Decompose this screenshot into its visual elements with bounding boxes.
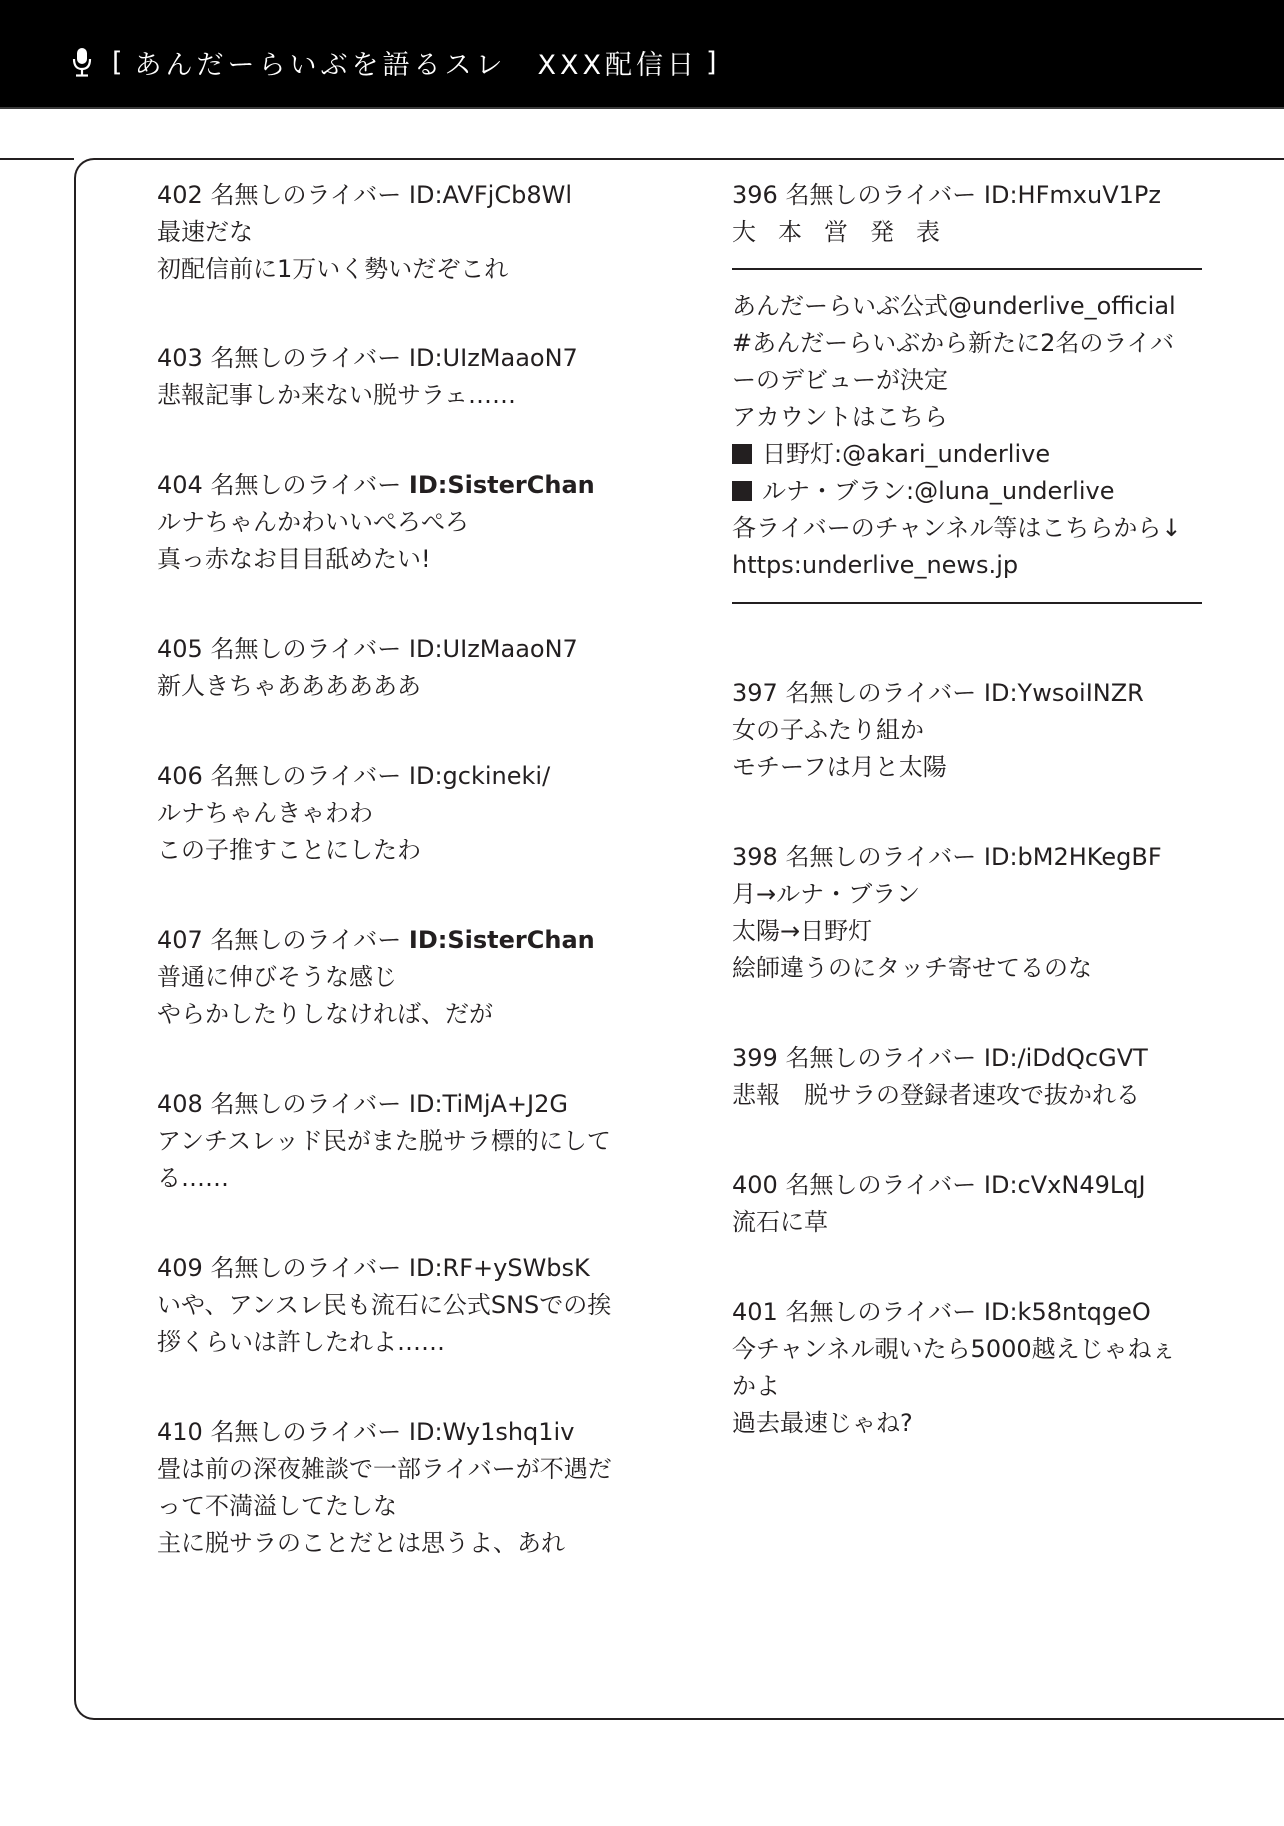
post-header: 403 名無しのライバー ID:UIzMaaoN7 xyxy=(157,340,578,377)
post-header: 405 名無しのライバー ID:UIzMaaoN7 xyxy=(157,631,578,668)
poster-id-highlighted: ID:SisterChan xyxy=(409,926,595,954)
post-body-line: 今チャンネル覗いたら5000越えじゃねぇ xyxy=(732,1331,1176,1368)
quote-line: #あんだーらいぶから新たに2名のライバ xyxy=(732,325,1181,362)
post-header: 402 名無しのライバー ID:AVFjCb8Wl xyxy=(157,177,572,214)
post-407: 407 名無しのライバー ID:SisterChan 普通に伸びそうな感じ やら… xyxy=(157,922,595,1033)
post-body-line: 悲報記事しか来ない脱サラェ…… xyxy=(157,377,578,414)
quote-line: あんだーらいぶ公式@underlive_official xyxy=(732,288,1181,325)
post-402: 402 名無しのライバー ID:AVFjCb8Wl 最速だな 初配信前に1万いく… xyxy=(157,177,572,288)
post-header: 399 名無しのライバー ID:/iDdQcGVT xyxy=(732,1040,1148,1077)
poster-id: ID:cVxN49LqJ xyxy=(984,1171,1146,1199)
post-body-line: って不満溢してたしな xyxy=(157,1488,612,1525)
post-body-line: 絵師違うのにタッチ寄せてるのな xyxy=(732,950,1162,987)
post-body-line: 主に脱サラのことだとは思うよ、あれ xyxy=(157,1525,612,1562)
quote-line: 各ライバーのチャンネル等はこちらから↓ xyxy=(732,510,1181,547)
square-bullet-icon xyxy=(732,481,752,501)
post-body-line: 新人きちゃああああああ xyxy=(157,668,578,705)
post-body-line: かよ xyxy=(732,1368,1176,1405)
post-body-line: 畳は前の深夜雑談で一部ライバーが不遇だ xyxy=(157,1451,612,1488)
post-body-line: やらかしたりしなければ、だが xyxy=(157,996,595,1033)
post-408: 408 名無しのライバー ID:TiMjA+J2G アンチスレッド民がまた脱サラ… xyxy=(157,1086,611,1197)
quote-line: ーのデビューが決定 xyxy=(732,362,1181,399)
post-body-line: 拶くらいは許したれよ…… xyxy=(157,1324,611,1361)
post-header: 397 名無しのライバー ID:YwsoiINZR xyxy=(732,675,1144,712)
post-header: 396 名無しのライバー ID:HFmxuV1Pz xyxy=(732,177,1161,214)
post-body-line: アンチスレッド民がまた脱サラ標的にして xyxy=(157,1123,611,1160)
poster-id: ID:RF+ySWbsK xyxy=(409,1254,590,1282)
post-body-line: 月→ルナ・ブラン xyxy=(732,876,1162,913)
post-401: 401 名無しのライバー ID:k58ntqgeO 今チャンネル覗いたら5000… xyxy=(732,1294,1176,1442)
poster-id: ID:AVFjCb8Wl xyxy=(409,181,572,209)
post-body-line: 流石に草 xyxy=(732,1204,1146,1241)
quote-divider-top xyxy=(732,268,1202,270)
post-409: 409 名無しのライバー ID:RF+ySWbsK いや、アンスレ民も流石に公式… xyxy=(157,1250,611,1361)
poster-id: ID:HFmxuV1Pz xyxy=(984,181,1161,209)
poster-id: ID:UIzMaaoN7 xyxy=(409,344,578,372)
post-body-line: この子推すことにしたわ xyxy=(157,832,550,869)
post-404: 404 名無しのライバー ID:SisterChan ルナちゃんかわいいぺろぺろ… xyxy=(157,467,595,578)
thread-header-bar: [ あんだーらいぶを語るスレ XXX配信日 ] xyxy=(0,0,1284,109)
post-header: 408 名無しのライバー ID:TiMjA+J2G xyxy=(157,1086,611,1123)
post-400: 400 名無しのライバー ID:cVxN49LqJ 流石に草 xyxy=(732,1167,1146,1241)
post-body-line: 女の子ふたり組か xyxy=(732,712,1144,749)
post-header: 400 名無しのライバー ID:cVxN49LqJ xyxy=(732,1167,1146,1204)
poster-id: ID:bM2HKegBF xyxy=(984,843,1162,871)
title-text: あんだーらいぶを語るスレ XXX配信日 xyxy=(135,43,699,82)
post-body-line: る…… xyxy=(157,1160,611,1197)
announcement-headline: 大本営発表 xyxy=(732,214,1161,251)
poster-id: ID:Wy1shq1iv xyxy=(409,1418,575,1446)
poster-id: ID:gckineki/ xyxy=(409,762,550,790)
post-header: 410 名無しのライバー ID:Wy1shq1iv xyxy=(157,1414,612,1451)
title-bracket-close: ] xyxy=(706,47,721,78)
post-body-line: いや、アンスレ民も流石に公式SNSでの挨 xyxy=(157,1287,611,1324)
post-body-line: 過去最速じゃね? xyxy=(732,1405,1176,1442)
post-397: 397 名無しのライバー ID:YwsoiINZR 女の子ふたり組か モチーフは… xyxy=(732,675,1144,786)
post-body-line: 太陽→日野灯 xyxy=(732,913,1162,950)
post-header: 407 名無しのライバー ID:SisterChan xyxy=(157,922,595,959)
quote-line: アカウントはこちら xyxy=(732,399,1181,436)
post-body-line: ルナちゃんきゃわわ xyxy=(157,795,550,832)
poster-id: ID:TiMjA+J2G xyxy=(409,1090,568,1118)
poster-id: ID:YwsoiINZR xyxy=(984,679,1144,707)
post-header: 406 名無しのライバー ID:gckineki/ xyxy=(157,758,550,795)
news-url: https:underlive_news.jp xyxy=(732,547,1181,584)
poster-id: ID:k58ntqgeO xyxy=(984,1298,1151,1326)
post-body-line: 普通に伸びそうな感じ xyxy=(157,959,595,996)
poster-id-highlighted: ID:SisterChan xyxy=(409,471,595,499)
account-item-luna: ルナ・ブラン:@luna_underlive xyxy=(732,473,1181,510)
post-403: 403 名無しのライバー ID:UIzMaaoN7 悲報記事しか来ない脱サラェ…… xyxy=(157,340,578,414)
post-body-line: モチーフは月と太陽 xyxy=(732,749,1144,786)
microphone-icon xyxy=(72,47,92,77)
post-396-announcement: 396 名無しのライバー ID:HFmxuV1Pz 大本営発表 xyxy=(732,177,1161,251)
post-header: 409 名無しのライバー ID:RF+ySWbsK xyxy=(157,1250,611,1287)
quote-divider-bottom xyxy=(732,602,1202,604)
post-405: 405 名無しのライバー ID:UIzMaaoN7 新人きちゃああああああ xyxy=(157,631,578,705)
thread-title: [ あんだーらいぶを語るスレ XXX配信日 ] xyxy=(72,42,729,82)
post-410: 410 名無しのライバー ID:Wy1shq1iv 畳は前の深夜雑談で一部ライバ… xyxy=(157,1414,612,1562)
post-body-line: 真っ赤なお目目舐めたい! xyxy=(157,541,595,578)
title-bracket-open: [ xyxy=(112,47,127,78)
post-399: 399 名無しのライバー ID:/iDdQcGVT 悲報 脱サラの登録者速攻で抜… xyxy=(732,1040,1148,1114)
poster-id: ID:UIzMaaoN7 xyxy=(409,635,578,663)
poster-id: ID:/iDdQcGVT xyxy=(984,1044,1148,1072)
official-quote-block: あんだーらいぶ公式@underlive_official #あんだーらいぶから新… xyxy=(732,288,1181,584)
post-406: 406 名無しのライバー ID:gckineki/ ルナちゃんきゃわわ この子推… xyxy=(157,758,550,869)
post-body-line: ルナちゃんかわいいぺろぺろ xyxy=(157,504,595,541)
post-body-line: 悲報 脱サラの登録者速攻で抜かれる xyxy=(732,1077,1148,1114)
post-body-line: 初配信前に1万いく勢いだぞこれ xyxy=(157,251,572,288)
post-body-line: 最速だな xyxy=(157,214,572,251)
post-header: 398 名無しのライバー ID:bM2HKegBF xyxy=(732,839,1162,876)
post-header: 401 名無しのライバー ID:k58ntqgeO xyxy=(732,1294,1176,1331)
square-bullet-icon xyxy=(732,444,752,464)
post-header: 404 名無しのライバー ID:SisterChan xyxy=(157,467,595,504)
post-398: 398 名無しのライバー ID:bM2HKegBF 月→ルナ・ブラン 太陽→日野… xyxy=(732,839,1162,987)
account-item-akari: 日野灯:@akari_underlive xyxy=(732,436,1181,473)
